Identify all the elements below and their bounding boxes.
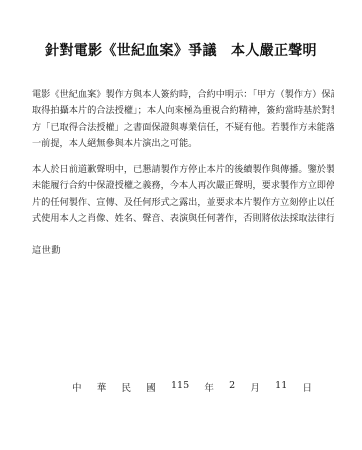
statement-paragraph-2: 本人於日前道歉聲明中，已懇請製作方停止本片的後續製作與傳播。鑒於製作方 未能履行… [32, 162, 334, 228]
paragraph-line: 式使用本人之肖像、姓名、聲音、表演與任何著作，否則將依法採取法律行動。 [32, 211, 334, 227]
paragraph-line: 一前提，本人絕無參與本片演出之可能。 [32, 136, 334, 152]
paragraph-line: 片的任何製作、宣傳、及任何形式之露出，並要求本片製作方立刻停止以任何方 [32, 195, 334, 211]
page-title: 針對電影《世紀血案》爭議 本人嚴正聲明 [0, 40, 362, 60]
signature: 這世勳 [32, 242, 61, 256]
date-part: 國 [146, 380, 156, 394]
document-page: 針對電影《世紀血案》爭議 本人嚴正聲明 電影《世紀血案》製作方與本人簽約時，合約… [0, 0, 362, 450]
paragraph-line: 電影《世紀血案》製作方與本人簽約時，合約中明示：「甲方（製作方）保證已 [32, 87, 334, 103]
date-month: 2 [229, 380, 235, 394]
date-part: 年 [204, 380, 214, 394]
date-part: 華 [97, 380, 107, 394]
date-part: 民 [122, 380, 132, 394]
paragraph-line: 取得拍攝本片的合法授權」；本人向來極為重視合約精神，簽約當時基於對製作 [32, 103, 334, 119]
date-day: 11 [275, 380, 287, 394]
date-line: 中 華 民 國 115 年 2 月 11 日 [72, 380, 312, 394]
statement-paragraph-1: 電影《世紀血案》製作方與本人簽約時，合約中明示：「甲方（製作方）保證已 取得拍攝… [32, 87, 334, 153]
paragraph-line: 未能履行合約中保證授權之義務，今本人再次嚴正聲明，要求製作方立即停止本 [32, 178, 334, 194]
paragraph-line: 方「已取得合法授權」之書面保證與專業信任，不疑有他。若製作方未能落實此 [32, 120, 334, 136]
date-year: 115 [171, 380, 189, 394]
date-part: 日 [302, 380, 312, 394]
date-part: 中 [72, 380, 82, 394]
paragraph-line: 本人於日前道歉聲明中，已懇請製作方停止本片的後續製作與傳播。鑒於製作方 [32, 162, 334, 178]
date-part: 月 [250, 380, 260, 394]
